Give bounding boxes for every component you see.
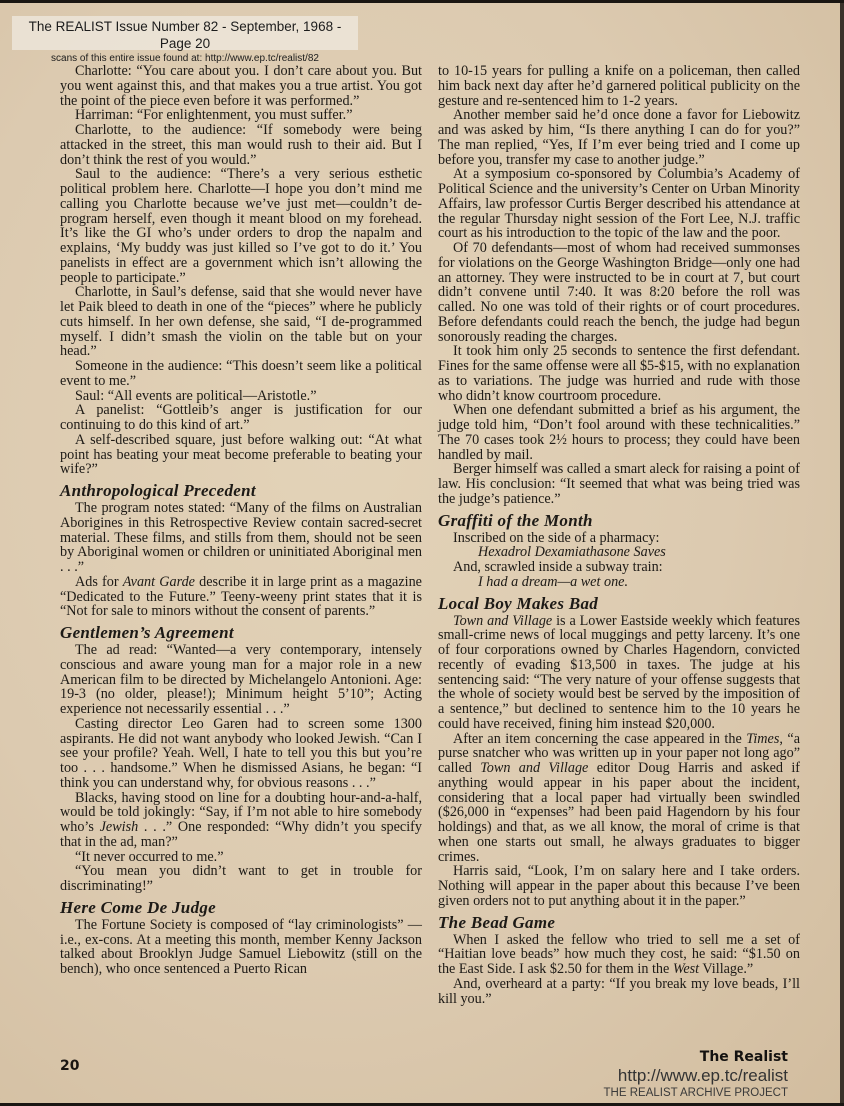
paragraph: Charlotte, in Saul’s defense, said that … xyxy=(60,285,422,359)
paragraph: Town and Village is a Lower Eastside wee… xyxy=(438,614,800,732)
paragraph: Another member said he’d once done a fav… xyxy=(438,108,800,167)
paragraph: It took him only 25 seconds to sentence … xyxy=(438,344,800,403)
section-heading-local-boy-makes-bad: Local Boy Makes Bad xyxy=(438,594,800,613)
publication-title: Times xyxy=(746,731,779,747)
banner-title: The REALIST Issue Number 82 - September,… xyxy=(12,16,358,52)
paragraph: The ad read: “Wanted—a very contemporary… xyxy=(60,643,422,717)
paragraph: Charlotte: “You care about you. I don’t … xyxy=(60,64,422,108)
paragraph: At a symposium co-sponsored by Columbia’… xyxy=(438,167,800,241)
section-heading-gentlemens-agreement: Gentlemen’s Agreement xyxy=(60,623,422,642)
text-run: After an item concerning the case appear… xyxy=(453,731,746,747)
section-heading-the-bead-game: The Bead Game xyxy=(438,913,800,932)
archive-footer: The Realist http://www.ep.tc/realist THE… xyxy=(604,1049,788,1100)
paragraph: Berger himself was called a smart aleck … xyxy=(438,462,800,506)
text-run: Village.” xyxy=(699,961,753,977)
paragraph: Harriman: “For enlightenment, you must s… xyxy=(60,108,422,123)
publication-title: Town and Village xyxy=(453,613,552,629)
paragraph: Saul: “All events are political—Aristotl… xyxy=(60,389,422,404)
paragraph: Of 70 defendants—most of whom had receiv… xyxy=(438,241,800,344)
paragraph: Saul to the audience: “There’s a very se… xyxy=(60,167,422,285)
paragraph: A panelist: “Gottleib’s anger is justifi… xyxy=(60,403,422,433)
paragraph: The Fortune Society is composed of “lay … xyxy=(60,918,422,977)
magazine-page: The REALIST Issue Number 82 - September,… xyxy=(0,3,844,1103)
text-run: is a Lower Eastside weekly which feature… xyxy=(438,613,800,732)
archive-url: http://www.ep.tc/realist xyxy=(604,1066,788,1086)
graffiti-intro: And, scrawled inside a subway train: xyxy=(438,560,800,575)
section-heading-graffiti-of-the-month: Graffiti of the Month xyxy=(438,511,800,530)
emphasis: West xyxy=(673,961,699,977)
archive-project-label: THE REALIST ARCHIVE PROJECT xyxy=(604,1086,788,1100)
archive-banner: The REALIST Issue Number 82 - September,… xyxy=(12,16,358,50)
publication-title: Avant Garde xyxy=(123,574,195,590)
paragraph: Ads for Avant Garde describe it in large… xyxy=(60,575,422,619)
paragraph: Casting director Leo Garen had to screen… xyxy=(60,717,422,791)
paragraph: to 10-15 years for pulling a knife on a … xyxy=(438,64,800,108)
graffiti-intro: Inscribed on the side of a pharmacy: xyxy=(438,531,800,546)
paragraph: When one defendant submitted a brief as … xyxy=(438,403,800,462)
paragraph: “You mean you didn’t want to get in trou… xyxy=(60,864,422,894)
paragraph: The program notes stated: “Many of the f… xyxy=(60,501,422,575)
page-number: 20 xyxy=(60,1058,79,1074)
magazine-brand: The Realist xyxy=(604,1049,788,1066)
text-run: Ads for xyxy=(75,574,123,590)
paragraph: And, overheard at a party: “If you break… xyxy=(438,977,800,1007)
left-column: Charlotte: “You care about you. I don’t … xyxy=(60,64,422,977)
paragraph: A self-described square, just before wal… xyxy=(60,433,422,477)
section-heading-anthropological-precedent: Anthropological Precedent xyxy=(60,481,422,500)
paragraph: Blacks, having stood on line for a doubt… xyxy=(60,791,422,850)
publication-title: Town and Village xyxy=(480,760,588,776)
right-column: to 10-15 years for pulling a knife on a … xyxy=(438,64,800,1006)
graffiti-quote: I had a dream—a wet one. xyxy=(438,575,800,590)
paragraph: When I asked the fellow who tried to sel… xyxy=(438,933,800,977)
paragraph: Someone in the audience: “This doesn’t s… xyxy=(60,359,422,389)
graffiti-quote: Hexadrol Dexamiathasone Saves xyxy=(438,545,800,560)
emphasis: Jewish xyxy=(100,819,139,835)
paragraph: Charlotte, to the audience: “If somebody… xyxy=(60,123,422,167)
paragraph: After an item concerning the case appear… xyxy=(438,732,800,865)
section-heading-here-come-de-judge: Here Come De Judge xyxy=(60,898,422,917)
paragraph: Harris said, “Look, I’m on salary here a… xyxy=(438,864,800,908)
paragraph: “It never occurred to me.” xyxy=(60,850,422,865)
text-run: editor Doug Harris and asked if anything… xyxy=(438,760,800,865)
